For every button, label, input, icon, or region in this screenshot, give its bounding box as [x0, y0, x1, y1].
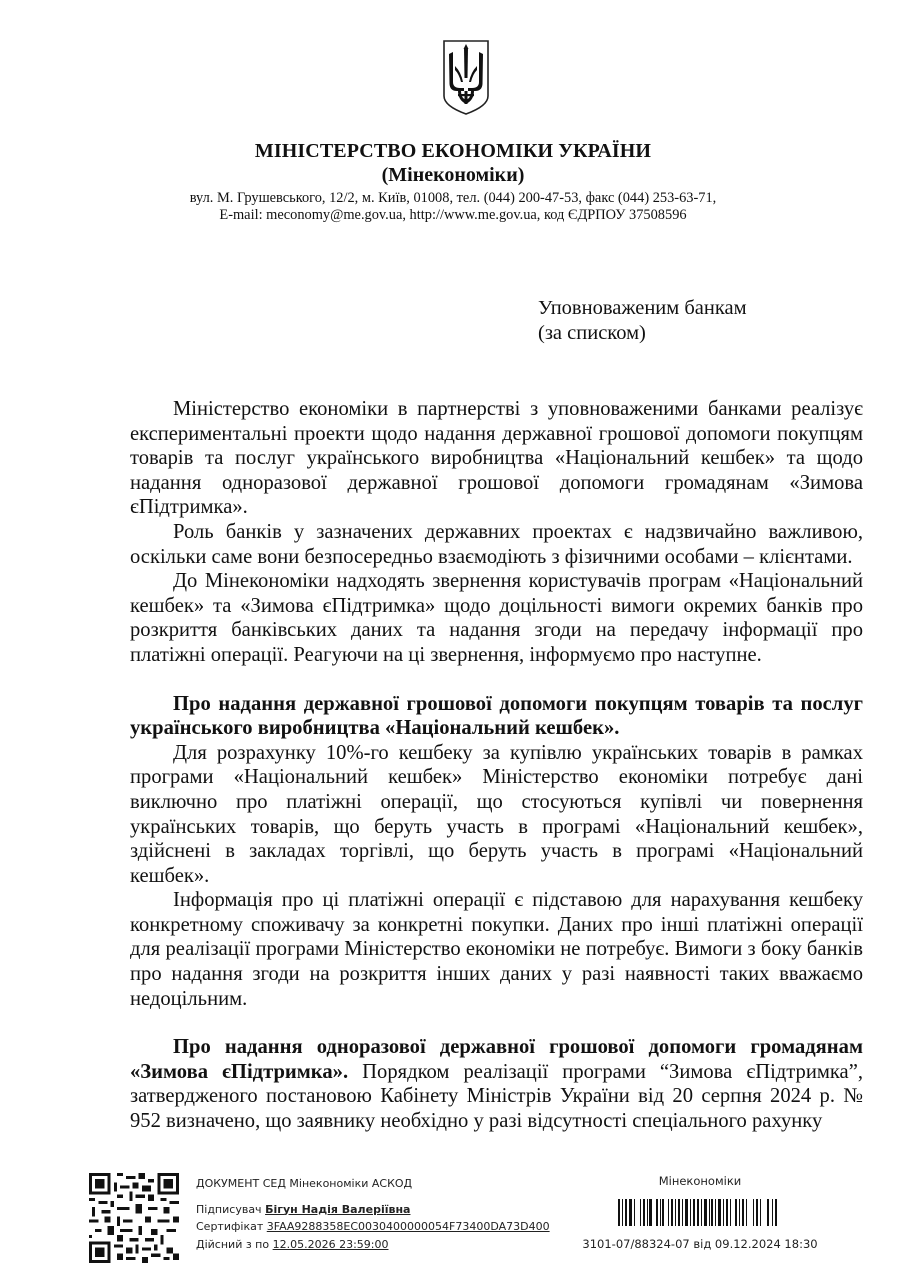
certificate-value: 3FAA9288358EC0030400000054F73400DA73D400	[267, 1220, 550, 1233]
qr-code-icon	[89, 1173, 179, 1263]
signer-label: Підписувач	[196, 1203, 265, 1216]
signer-row: Підписувач Бігун Надія Валеріївна	[196, 1201, 550, 1219]
paragraph-appeals: До Мінекономіки надходять звернення кори…	[130, 569, 863, 667]
ministry-short-name: (Мінекономіки)	[0, 164, 906, 187]
validity-label: Дійсний з по	[196, 1238, 273, 1251]
ministry-contacts: вул. М. Грушевського, 12/2, м. Київ, 010…	[0, 190, 906, 224]
contacts-line: E-mail: meconomy@me.gov.ua, http://www.m…	[0, 207, 906, 224]
letter-body: Міністерство економіки в партнерстві з у…	[130, 397, 863, 1134]
e-signature-stamp: ДОКУМЕНТ СЕД Мінекономіки АСКОД Підписув…	[196, 1175, 550, 1253]
section-heading-cashback: Про надання державної грошової допомоги …	[130, 692, 863, 741]
addressee-note: (за списком)	[538, 321, 747, 346]
validity-row: Дійсний з по 12.05.2026 23:59:00	[196, 1236, 550, 1254]
addressee-line: Уповноваженим банкам	[538, 296, 747, 321]
section-winter-support: Про надання одноразової державної грошов…	[130, 1035, 863, 1133]
barcode-icon	[618, 1199, 778, 1226]
certificate-row: Сертифікат 3FAA9288358EC0030400000054F73…	[196, 1218, 550, 1236]
stamp-title: ДОКУМЕНТ СЕД Мінекономіки АСКОД	[196, 1175, 550, 1193]
paragraph-cashback-basis: Інформація про ці платіжні операції є пі…	[130, 888, 863, 1011]
paragraph-intro: Міністерство економіки в партнерстві з у…	[130, 397, 863, 520]
validity-value: 12.05.2026 23:59:00	[273, 1238, 389, 1251]
certificate-label: Сертифікат	[196, 1220, 267, 1233]
ministry-title: МІНІСТЕРСТВО ЕКОНОМІКИ УКРАЇНИ	[0, 140, 906, 163]
paragraph-banks-role: Роль банків у зазначених державних проек…	[130, 520, 863, 569]
letter-page: МІНІСТЕРСТВО ЕКОНОМІКИ УКРАЇНИ (Мінеконо…	[0, 0, 906, 1280]
paragraph-cashback-data: Для розрахунку 10%-го кешбеку за купівлю…	[130, 741, 863, 889]
addressee-block: Уповноваженим банкам (за списком)	[538, 296, 747, 346]
address-line: вул. М. Грушевського, 12/2, м. Київ, 010…	[0, 190, 906, 207]
signer-name: Бігун Надія Валеріївна	[265, 1203, 410, 1216]
trident-coat-of-arms-icon	[441, 38, 491, 116]
registration-number: 3101-07/88324-07 від 09.12.2024 18:30	[580, 1237, 820, 1251]
registration-org: Мінекономіки	[580, 1174, 820, 1188]
